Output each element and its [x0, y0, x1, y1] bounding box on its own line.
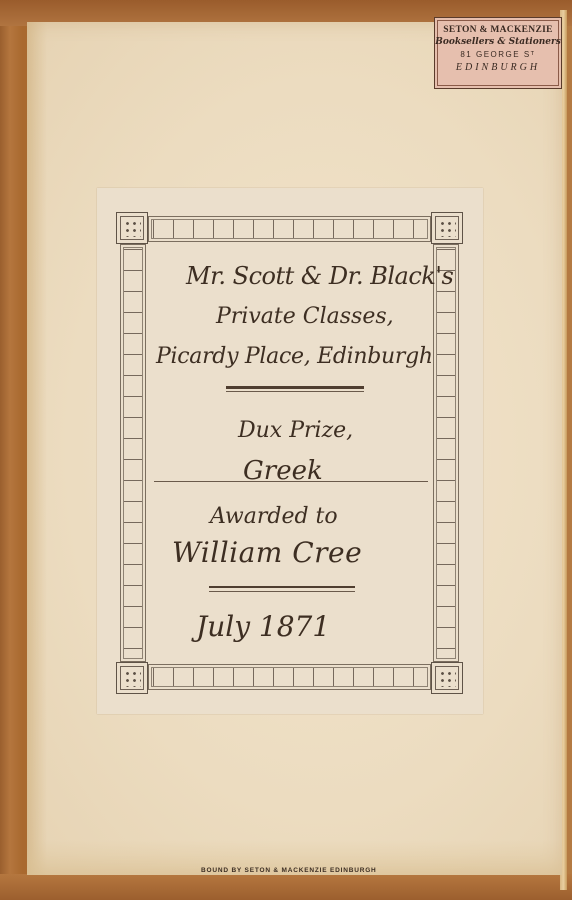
binder-stamp: BOUND BY SETON & MACKENZIE EDINBURGH: [201, 867, 377, 874]
corner-ornament-icon: [116, 662, 148, 694]
bookseller-trade: Booksellers & Stationers: [435, 37, 561, 47]
bookseller-name: SETON & MACKENZIE: [435, 25, 561, 35]
divider-rule: [209, 586, 355, 588]
divider-rule: [209, 591, 355, 592]
endpaper-fold-shadow: [27, 22, 47, 875]
awarded-label: Awarded to: [210, 504, 338, 529]
subject-underline: [154, 481, 428, 482]
prize-title: Dux Prize,: [238, 418, 353, 443]
corner-ornament-icon: [431, 212, 463, 244]
border-bottom: [148, 664, 431, 690]
classes-line: Private Classes,: [216, 304, 394, 329]
bookseller-city: EDINBURGH: [435, 62, 561, 73]
school-name: Mr. Scott & Dr. Black's: [186, 262, 453, 290]
bookseller-address: 81 GEORGE Sᵀ: [435, 50, 561, 59]
border-top: [148, 216, 431, 242]
award-date: July 1871: [196, 610, 330, 643]
bookseller-label: SETON & MACKENZIE Booksellers & Statione…: [434, 17, 562, 89]
corner-ornament-icon: [431, 662, 463, 694]
border-right: [433, 244, 459, 662]
board-bottom-edge: [0, 874, 572, 900]
divider-rule: [226, 386, 364, 389]
school-address: Picardy Place, Edinburgh: [156, 344, 433, 369]
divider-rule: [226, 391, 364, 392]
recipient-name: William Cree: [172, 536, 362, 569]
border-left: [120, 244, 146, 662]
corner-ornament-icon: [116, 212, 148, 244]
